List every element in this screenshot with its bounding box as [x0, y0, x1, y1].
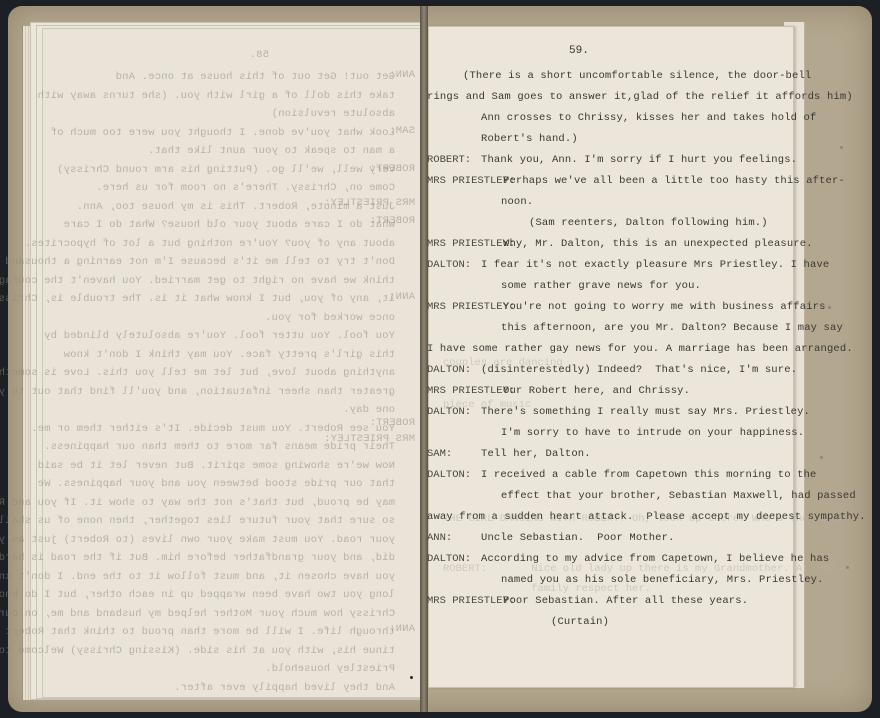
script-line: noon. — [501, 196, 533, 208]
bleed-line: did, and your grandfather before him. Bu… — [0, 552, 395, 564]
bleed-speaker: ANN: — [389, 69, 415, 81]
script-line: Robert's hand.) — [481, 133, 578, 145]
bleed-speaker: ROBERT: — [369, 215, 415, 227]
speaker-label: DALTON: — [427, 364, 471, 376]
script-line: away from a sudden heart attack. Please … — [427, 511, 866, 523]
bleed-line: your road. You must make your own lives … — [0, 534, 395, 546]
bleed-line: tinue his, with you at his side. (Kissin… — [0, 645, 395, 657]
script-line: I fear it's not exactly pleasure Mrs Pri… — [481, 259, 829, 271]
bleed-line: And they lived happily ever after. — [174, 682, 395, 694]
bleed-line: Look what you've done. I thought you wer… — [50, 127, 395, 139]
bleed-line: greater than sheer infatuation, and you'… — [0, 386, 395, 398]
speaker-label: ROBERT: — [427, 154, 471, 166]
bleed-line: anything about love, but let me tell you… — [0, 367, 395, 379]
ink-speck — [410, 676, 413, 679]
script-line: Thank you, Ann. I'm sorry if I hurt you … — [481, 154, 797, 166]
left-page-number: 58. — [249, 49, 269, 61]
bleed-line: You fool. You utter fool. You're absolut… — [44, 330, 395, 342]
page-number: 59. — [569, 45, 589, 57]
script-line: Uncle Sebastian. Poor Mother. — [481, 532, 675, 544]
script-line: You're not going to worry me with busine… — [503, 301, 826, 313]
bleed-line: may be proud, but that's not the way to … — [0, 497, 395, 509]
script-line: There's something I really must say Mrs.… — [481, 406, 810, 418]
speaker-label: DALTON: — [427, 259, 471, 271]
script-line: (disinterestedly) Indeed? That's nice, I… — [481, 364, 797, 376]
script-line: (There is a short uncomfortable silence,… — [463, 70, 811, 82]
bleed-line: Get out! Get out of this house at once. … — [115, 71, 395, 83]
script-line: Why, Mr. Dalton, this is an unexpected p… — [503, 238, 813, 250]
bleed-speaker: ANN: — [389, 291, 415, 303]
bleed-line: one day. — [343, 404, 395, 416]
script-line: Poor Sebastian. After all these years. — [503, 595, 748, 607]
bleed-line: absolute revulsion) — [271, 108, 395, 120]
bleed-line: so sure that your future lies together, … — [0, 515, 395, 527]
speaker-label: MRS PRIESTLEY: — [427, 175, 515, 187]
bleed-speaker: ROBERT: — [369, 163, 415, 175]
bleed-speaker: MRS PRIESTLEY: — [324, 433, 415, 445]
script-line: According to my advice from Capetown, I … — [481, 553, 829, 565]
bleed-line: you have chosen it, and must follow it t… — [0, 571, 395, 583]
bleed-line: long you two have been wrapped up in eac… — [0, 589, 395, 601]
speaker-label: DALTON: — [427, 553, 471, 565]
bleed-line: Very well, we'll go. (Putting his arm ro… — [57, 164, 395, 176]
script-line: Perhaps we've all been a little too hast… — [503, 175, 845, 187]
bleed-line: Chrissy how much your Mother helped my h… — [0, 608, 395, 620]
script-line: this afternoon, are you Mr. Dalton? Beca… — [501, 322, 843, 334]
bleed-line: take this doll of a girl with you. (she … — [37, 90, 395, 102]
bleed-speaker: SAM: — [389, 125, 415, 137]
script-line: I have some rather gay news for you. A m… — [427, 343, 853, 355]
script-line: rings and Sam goes to answer it,glad of … — [427, 91, 853, 103]
script-line: Our Robert here, and Chrissy. — [503, 385, 690, 397]
speaker-label: MRS PRIESTLEY: — [427, 385, 515, 397]
bleed-line: this girl's pretty face. You may think I… — [63, 349, 395, 361]
speaker-label: MRS PRIESTLEY: — [427, 238, 515, 250]
bleed-line: a man to speak to your aunt like that. — [148, 145, 395, 157]
speaker-label: MRS PRIESTLEY: — [427, 595, 515, 607]
script-line: some rather grave news for you. — [501, 280, 701, 292]
speaker-label: DALTON: — [427, 469, 471, 481]
bleed-line: think we have no right to get married. Y… — [0, 275, 395, 287]
script-line: I'm sorry to have to intrude on your hap… — [501, 427, 804, 439]
bleed-line: it, any of you, but I know what it is. T… — [0, 293, 395, 305]
bleed-speaker: MRS PRIESTLEY: — [324, 197, 415, 209]
speaker-label: DALTON: — [427, 406, 471, 418]
script-line: named you as his sole beneficiary, Mrs. … — [501, 574, 824, 586]
script-line: effect that your brother, Sebastian Maxw… — [501, 490, 856, 502]
bleed-line: that our pride stood between you and you… — [37, 478, 395, 490]
script-line: (Sam reenters, Dalton following him.) — [529, 217, 768, 229]
bleed-speaker: ANN: — [389, 623, 415, 635]
left-page: 58. Get out! Get out of this house at on… — [42, 28, 422, 698]
bleed-line: Come on, Chrissy. There's no room for us… — [96, 182, 395, 194]
right-page: couples are dancingpiece of musicTHE GIR… — [428, 26, 794, 688]
speaker-label: ANN: — [427, 532, 452, 544]
bleed-line: Now we're showing some spirit. But never… — [37, 460, 395, 472]
bleed-speaker: ROBERT: — [369, 417, 415, 429]
speaker-label: MRS PRIESTLEY: — [427, 301, 515, 313]
speaker-label: SAM: — [427, 448, 452, 460]
bleed-line: through life. I will be more than proud … — [0, 626, 395, 638]
script-line: I received a cable from Capetown this mo… — [481, 469, 816, 481]
script-line: (Curtain) — [551, 616, 609, 628]
bleed-line: about any of you? You're nothing but a l… — [24, 238, 395, 250]
bleed-line: once worked for you. — [265, 312, 395, 324]
script-line: Ann crosses to Chrissy, kisses her and t… — [481, 112, 816, 124]
bleed-line: Priestley household. — [265, 663, 395, 675]
bleed-line: What do I care about your old house? Wha… — [63, 219, 395, 231]
script-line: Tell her, Dalton. — [481, 448, 591, 460]
bleed-line: Don't try to tell me it's because I'm no… — [0, 256, 395, 268]
